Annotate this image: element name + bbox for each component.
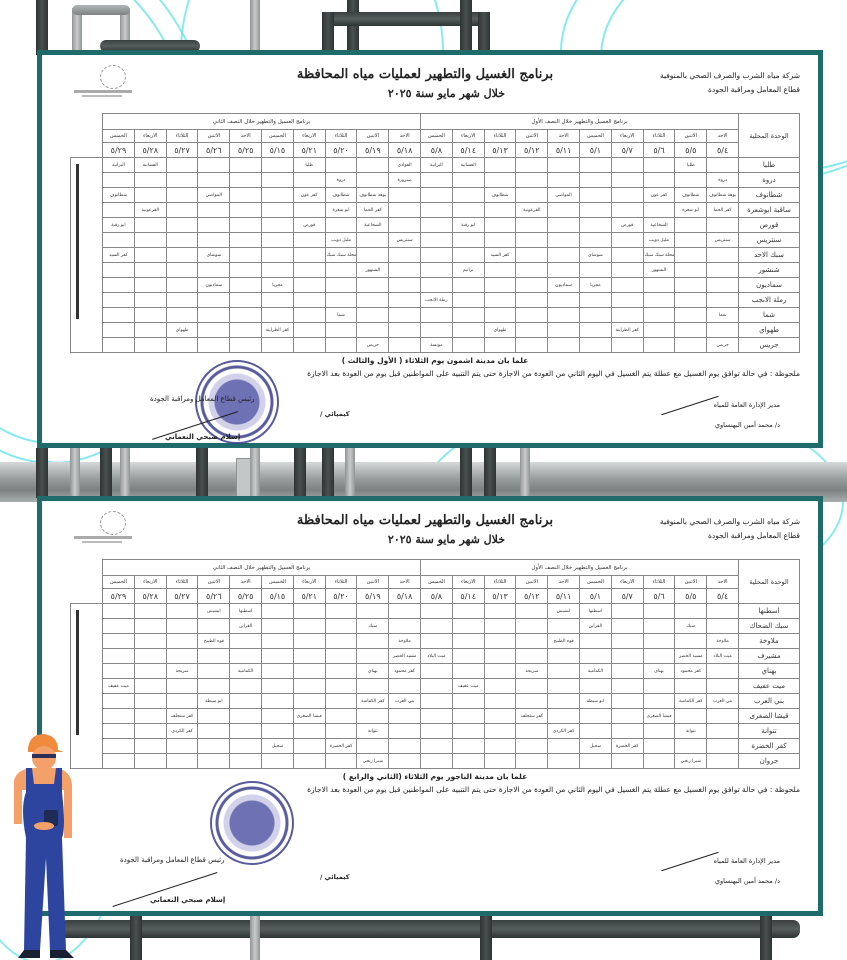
schedule-cell	[134, 218, 166, 233]
schedule-cell	[675, 323, 707, 338]
schedule-cell	[134, 664, 166, 679]
schedule-cell	[389, 739, 421, 754]
schedule-cell	[452, 293, 484, 308]
schedule-cell	[103, 724, 135, 739]
schedule-cell	[611, 278, 643, 293]
schedule-cell	[516, 604, 548, 619]
schedule-cell	[707, 739, 739, 754]
schedule-cell: ابو رقبة	[103, 218, 135, 233]
schedule-cell	[230, 158, 262, 173]
date-header: ٥/٧	[611, 589, 643, 604]
day-header: الاثنين	[675, 130, 707, 143]
schedule-cell: بني العرب	[389, 694, 421, 709]
schedule-cell	[166, 619, 198, 634]
schedule-cell	[230, 173, 262, 188]
schedule-cell	[293, 203, 325, 218]
schedule-cell	[262, 604, 294, 619]
schedule-cell	[262, 263, 294, 278]
schedule-cell	[484, 649, 516, 664]
schedule-cell	[389, 724, 421, 739]
schedule-cell	[293, 263, 325, 278]
schedule-cell	[103, 278, 135, 293]
schedule-cell	[484, 724, 516, 739]
schedule-sheet-ashmoun: شركة مياه الشرب والصرف الصحي بالمنوفية ق…	[37, 50, 823, 448]
unit-name: تتوانة	[739, 724, 800, 739]
schedule-cell: مليل دويب	[643, 233, 675, 248]
date-header: ٥/١٩	[357, 143, 389, 158]
schedule-cell: تتوانة	[675, 724, 707, 739]
date-header: ٥/٦	[643, 589, 675, 604]
schedule-cell	[516, 338, 548, 353]
chemist-label: كيميائي /	[320, 873, 350, 881]
schedule-cell	[421, 754, 453, 769]
schedule-cell	[611, 694, 643, 709]
date-header: ٥/١١	[548, 589, 580, 604]
schedule-cell	[198, 619, 230, 634]
schedule-cell	[325, 634, 357, 649]
document-subtitle: خلال شهر مايو سنة ٢٠٢٥	[388, 533, 505, 546]
schedule-cell	[484, 679, 516, 694]
schedule-cell	[452, 739, 484, 754]
schedule-cell	[357, 248, 389, 263]
schedule-cell	[548, 619, 580, 634]
schedule-cell	[675, 634, 707, 649]
unit-name: شطانوف	[739, 188, 800, 203]
schedule-cell	[293, 278, 325, 293]
date-header: ٥/٥	[675, 589, 707, 604]
schedule-cell	[134, 248, 166, 263]
company-logo-icon	[74, 511, 134, 545]
schedule-cell	[675, 709, 707, 724]
schedule-cell: كفر الطراينة	[611, 323, 643, 338]
document-subtitle: خلال شهر مايو سنة ٢٠٢٥	[388, 87, 505, 100]
schedule-cell	[389, 188, 421, 203]
schedule-cell: جريس	[707, 338, 739, 353]
schedule-cell: سنتريس	[707, 233, 739, 248]
day-header: الاحد	[548, 576, 580, 589]
schedule-cell	[580, 649, 612, 664]
company-name: شركة مياه الشرب والصرف الصحي بالمنوفية ق…	[660, 515, 800, 543]
schedule-cell	[548, 218, 580, 233]
schedule-cell	[611, 203, 643, 218]
schedule-cell	[230, 634, 262, 649]
manager-signature-block: مدير الإدارة العامة للمياه د/ محمد أمين …	[714, 851, 780, 891]
unit-column-header: الوحدة المحلية	[739, 114, 800, 158]
document-header: شركة مياه الشرب والصرف الصحي بالمنوفية ق…	[70, 511, 800, 559]
schedule-cell	[516, 173, 548, 188]
schedule-cell	[134, 233, 166, 248]
schedule-cell	[166, 203, 198, 218]
schedule-cell	[389, 203, 421, 218]
unit-name: قورص	[739, 218, 800, 233]
date-header: ٥/٧	[611, 143, 643, 158]
schedule-cell	[516, 263, 548, 278]
schedule-cell	[484, 739, 516, 754]
schedule-cell	[580, 293, 612, 308]
schedule-cell	[198, 664, 230, 679]
schedule-cell	[389, 263, 421, 278]
date-header: ٥/٦	[643, 143, 675, 158]
schedule-cell: البرانية	[103, 158, 135, 173]
schedule-cell	[293, 634, 325, 649]
schedule-cell: محلة سبك سبك الاحد	[325, 248, 357, 263]
schedule-cell	[262, 218, 294, 233]
schedule-cell: ميت البلاد	[707, 649, 739, 664]
schedule-cell	[675, 679, 707, 694]
schedule-cell	[643, 739, 675, 754]
schedule-cell	[325, 619, 357, 634]
schedule-cell	[166, 233, 198, 248]
day-header: الخميس	[580, 576, 612, 589]
schedule-cell	[293, 308, 325, 323]
schedule-cell	[103, 173, 135, 188]
schedule-cell: بهناي	[357, 664, 389, 679]
schedule-cell	[293, 604, 325, 619]
schedule-cell	[389, 323, 421, 338]
schedule-cell	[516, 754, 548, 769]
schedule-cell	[452, 188, 484, 203]
schedule-cell	[293, 739, 325, 754]
schedule-cell	[325, 694, 357, 709]
schedule-cell: مسيد الخضر	[389, 649, 421, 664]
table-row: قيشا الصغرىفيشا الصغرىكفر ستجلففيشا الصغ…	[71, 709, 800, 724]
schedule-cell	[516, 293, 548, 308]
schedule-cell	[611, 293, 643, 308]
schedule-cell	[611, 173, 643, 188]
schedule-cell	[166, 739, 198, 754]
schedule-cell	[707, 724, 739, 739]
schedule-cell	[452, 634, 484, 649]
schedule-cell	[421, 739, 453, 754]
schedule-cell	[421, 679, 453, 694]
schedule-cell	[580, 323, 612, 338]
schedule-cell	[643, 634, 675, 649]
schedule-cell	[611, 754, 643, 769]
schedule-cell	[293, 649, 325, 664]
date-header: ٥/٢٩	[103, 143, 135, 158]
day-header: الثلاثاء	[643, 576, 675, 589]
schedule-cell: الكمامية	[580, 664, 612, 679]
schedule-cell	[421, 724, 453, 739]
document-title: برنامج الغسيل والتطهير لعمليات مياه المح…	[295, 67, 555, 82]
schedule-cell	[516, 739, 548, 754]
schedule-cell	[293, 173, 325, 188]
schedule-cell: فيشا الصغرى	[643, 709, 675, 724]
schedule-cell	[389, 338, 421, 353]
schedule-cell	[611, 634, 643, 649]
schedule-cell	[548, 263, 580, 278]
unit-name: شنشور	[739, 263, 800, 278]
schedule-cell: كفر الحما	[707, 203, 739, 218]
date-header: ٥/١٢	[516, 589, 548, 604]
schedule-cell	[293, 338, 325, 353]
schedule-cell	[611, 248, 643, 263]
schedule-cell: بوهة شطانوف	[357, 188, 389, 203]
unit-name: اسطنها	[739, 604, 800, 619]
schedule-cell	[134, 278, 166, 293]
date-header: ٥/١٢	[516, 143, 548, 158]
unit-name: قيشا الصغرى	[739, 709, 800, 724]
date-header: ٥/٤	[707, 589, 739, 604]
date-header: ٥/٨	[421, 143, 453, 158]
schedule-cell: بهناي	[643, 664, 675, 679]
date-header: ٥/٢١	[293, 589, 325, 604]
schedule-cell	[452, 724, 484, 739]
schedule-cell: بوهة شطانوف	[707, 188, 739, 203]
schedule-cell	[230, 694, 262, 709]
schedule-cell	[484, 694, 516, 709]
schedule-cell	[325, 323, 357, 338]
schedule-cell	[675, 173, 707, 188]
date-header: ٥/١٨	[389, 589, 421, 604]
schedule-cell	[134, 724, 166, 739]
schedule-cell	[262, 293, 294, 308]
schedule-cell	[611, 619, 643, 634]
schedule-cell	[198, 709, 230, 724]
schedule-cell	[675, 604, 707, 619]
schedule-cell: مونسة	[421, 338, 453, 353]
schedule-cell	[675, 278, 707, 293]
side-bracket-icon	[76, 164, 79, 319]
schedule-cell	[421, 694, 453, 709]
schedule-cell	[198, 233, 230, 248]
schedule-cell	[484, 338, 516, 353]
schedule-cell: المواصي	[548, 188, 580, 203]
schedule-cell	[230, 754, 262, 769]
worker-illustration-icon	[4, 728, 84, 960]
schedule-cell	[325, 679, 357, 694]
schedule-cell: برانيم	[452, 263, 484, 278]
day-header: الثلاثاء	[484, 130, 516, 143]
table-row: سنتريسسنتريسمليل دويبسنتريسمليل دويب	[71, 233, 800, 248]
side-spacer	[71, 560, 103, 576]
schedule-cell	[198, 739, 230, 754]
schedule-cell: سريجة	[166, 664, 198, 679]
schedule-cell	[452, 323, 484, 338]
schedule-cell	[484, 173, 516, 188]
schedule-cell	[325, 263, 357, 278]
document-header: شركة مياه الشرب والصرف الصحي بالمنوفية ق…	[70, 65, 800, 113]
schedule-cell	[166, 694, 198, 709]
unit-name: ملاوخة	[739, 634, 800, 649]
schedule-cell	[134, 649, 166, 664]
schedule-cell	[484, 604, 516, 619]
schedule-cell	[389, 604, 421, 619]
manager-signature-block: مدير الإدارة العامة للمياه د/ محمد أمين …	[714, 395, 780, 435]
schedule-cell	[230, 293, 262, 308]
schedule-cell	[134, 604, 166, 619]
schedule-cell	[580, 158, 612, 173]
schedule-cell	[580, 724, 612, 739]
schedule-cell	[548, 679, 580, 694]
schedule-cell	[516, 649, 548, 664]
schedule-cell	[389, 293, 421, 308]
schedule-cell	[421, 604, 453, 619]
schedule-cell: كفر الحما	[357, 203, 389, 218]
unit-name: دروة	[739, 173, 800, 188]
schedule-cell: القرعونية	[516, 203, 548, 218]
day-header: الاثنين	[516, 576, 548, 589]
schedule-cell	[421, 218, 453, 233]
table-row: سبك الضحاكسبكالقراينسبكالقراين	[71, 619, 800, 634]
schedule-cell	[134, 634, 166, 649]
schedule-cell: شما	[707, 308, 739, 323]
schedule-cell	[230, 308, 262, 323]
table-row: جريسجريسمونسةجريس	[71, 338, 800, 353]
schedule-cell	[262, 679, 294, 694]
schedule-cell	[166, 248, 198, 263]
schedule-cell	[293, 754, 325, 769]
schedule-cell: طليا	[675, 158, 707, 173]
schedule-cell: كفر عون	[643, 188, 675, 203]
schedule-cell	[198, 263, 230, 278]
schedule-cell	[230, 679, 262, 694]
schedule-cell	[103, 233, 135, 248]
schedule-cell	[103, 754, 135, 769]
schedule-cell	[262, 203, 294, 218]
schedule-cell	[166, 158, 198, 173]
schedule-cell: طليا	[293, 158, 325, 173]
schedule-cell	[707, 604, 739, 619]
schedule-cell	[707, 709, 739, 724]
schedule-cell: دروة	[325, 173, 357, 188]
schedule-cell: سريجة	[516, 664, 548, 679]
schedule-cell	[643, 308, 675, 323]
schedule-cell: شوشاي	[580, 248, 612, 263]
schedule-cell	[134, 754, 166, 769]
schedule-cell	[166, 218, 198, 233]
schedule-cell	[357, 679, 389, 694]
schedule-cell	[580, 233, 612, 248]
schedule-cell	[643, 679, 675, 694]
day-header: الاربعاء	[611, 576, 643, 589]
schedule-cell	[230, 323, 262, 338]
schedule-cell	[198, 203, 230, 218]
schedule-cell	[611, 263, 643, 278]
unit-name: بهناي	[739, 664, 800, 679]
date-header: ٥/٢٧	[166, 143, 198, 158]
schedule-cell: شطانوف	[484, 188, 516, 203]
table-row: جروانشبرا زنجيشبرا زنجي	[71, 754, 800, 769]
schedule-cell	[611, 709, 643, 724]
schedule-cell	[484, 754, 516, 769]
chemist-label: كيميائي /	[320, 410, 350, 418]
schedule-cell	[262, 188, 294, 203]
schedule-cell	[134, 188, 166, 203]
schedule-cell	[643, 158, 675, 173]
table-row: ملاوخةملاوخةقوه الطبيخملاوخةقوه الطبيخ	[71, 634, 800, 649]
schedule-cell	[325, 724, 357, 739]
schedule-cell: مجريا	[580, 278, 612, 293]
schedule-cell	[103, 323, 135, 338]
schedule-cell	[166, 634, 198, 649]
holiday-note: ملحوظة : في حالة توافق يوم الغسيل مع عطل…	[70, 369, 800, 378]
day-header: الخميس	[103, 576, 135, 589]
schedule-cell	[198, 323, 230, 338]
schedule-cell	[389, 308, 421, 323]
schedule-cell	[421, 308, 453, 323]
schedule-cell: كفر محمود	[389, 664, 421, 679]
date-header: ٥/٢٨	[134, 589, 166, 604]
schedule-cell	[325, 604, 357, 619]
schedule-cell: المواصي	[198, 188, 230, 203]
schedule-cell	[134, 338, 166, 353]
table-row: طلياطلياالفشانيةالبرانيةالفواديطلياالفشا…	[71, 158, 800, 173]
schedule-cell: شبرا زنجي	[357, 754, 389, 769]
schedule-cell: الكمامية	[230, 664, 262, 679]
schedule-cell	[389, 248, 421, 263]
schedule-cell	[389, 679, 421, 694]
day-header: الخميس	[421, 130, 453, 143]
schedule-cell: بني العرب	[707, 694, 739, 709]
schedule-cell: قورص	[611, 218, 643, 233]
schedule-cell	[357, 173, 389, 188]
schedule-cell	[675, 218, 707, 233]
schedule-cell	[643, 338, 675, 353]
head-title: رئيس قطاع المعامل ومراقبة الجودة	[150, 395, 255, 403]
schedule-cell	[166, 263, 198, 278]
day-header: الاربعاء	[293, 576, 325, 589]
schedule-cell	[580, 188, 612, 203]
schedule-cell	[230, 188, 262, 203]
schedule-cell	[452, 754, 484, 769]
day-header: الاربعاء	[452, 576, 484, 589]
date-header: ٥/١٤	[452, 143, 484, 158]
schedule-cell	[134, 323, 166, 338]
document-title: برنامج الغسيل والتطهير لعمليات مياه المح…	[295, 513, 555, 528]
schedule-cell	[643, 278, 675, 293]
schedule-cell	[198, 649, 230, 664]
schedule-cell: ابو سيطة	[580, 694, 612, 709]
schedule-cell	[103, 293, 135, 308]
manager-signature-icon	[661, 852, 718, 871]
schedule-cell	[166, 338, 198, 353]
schedule-cell	[643, 173, 675, 188]
head-name: إسلام صبحي النعماني	[165, 433, 240, 441]
schedule-cell: سبك	[357, 619, 389, 634]
schedule-cell	[484, 233, 516, 248]
schedule-cell	[707, 248, 739, 263]
date-header: ٥/١٣	[484, 143, 516, 158]
schedule-cell	[611, 338, 643, 353]
schedule-cell: الشخاعية	[643, 218, 675, 233]
table-row: مشيرفميت البلادمسيد الخضرميت البلادمسيد …	[71, 649, 800, 664]
schedule-cell	[166, 649, 198, 664]
schedule-cell	[262, 664, 294, 679]
schedule-cell	[516, 248, 548, 263]
schedule-cell	[262, 158, 294, 173]
schedule-cell	[580, 218, 612, 233]
schedule-cell	[675, 293, 707, 308]
unit-name: جروان	[739, 754, 800, 769]
schedule-cell	[325, 278, 357, 293]
schedule-cell	[611, 679, 643, 694]
schedule-cell	[675, 308, 707, 323]
schedule-cell	[516, 188, 548, 203]
schedule-cell	[611, 158, 643, 173]
schedule-cell: شطانوف	[325, 188, 357, 203]
schedule-cell	[389, 754, 421, 769]
table-row: طهوايكفر الطراينةطهوايكفر الطراينةطهواي	[71, 323, 800, 338]
schedule-cell	[166, 188, 198, 203]
unit-name: مشيرف	[739, 649, 800, 664]
schedule-cell: طهواي	[484, 323, 516, 338]
unit-name: سماديون	[739, 278, 800, 293]
schedule-cell	[421, 323, 453, 338]
side-spacer	[71, 114, 103, 130]
schedule-cell	[103, 203, 135, 218]
schedule-cell	[548, 293, 580, 308]
